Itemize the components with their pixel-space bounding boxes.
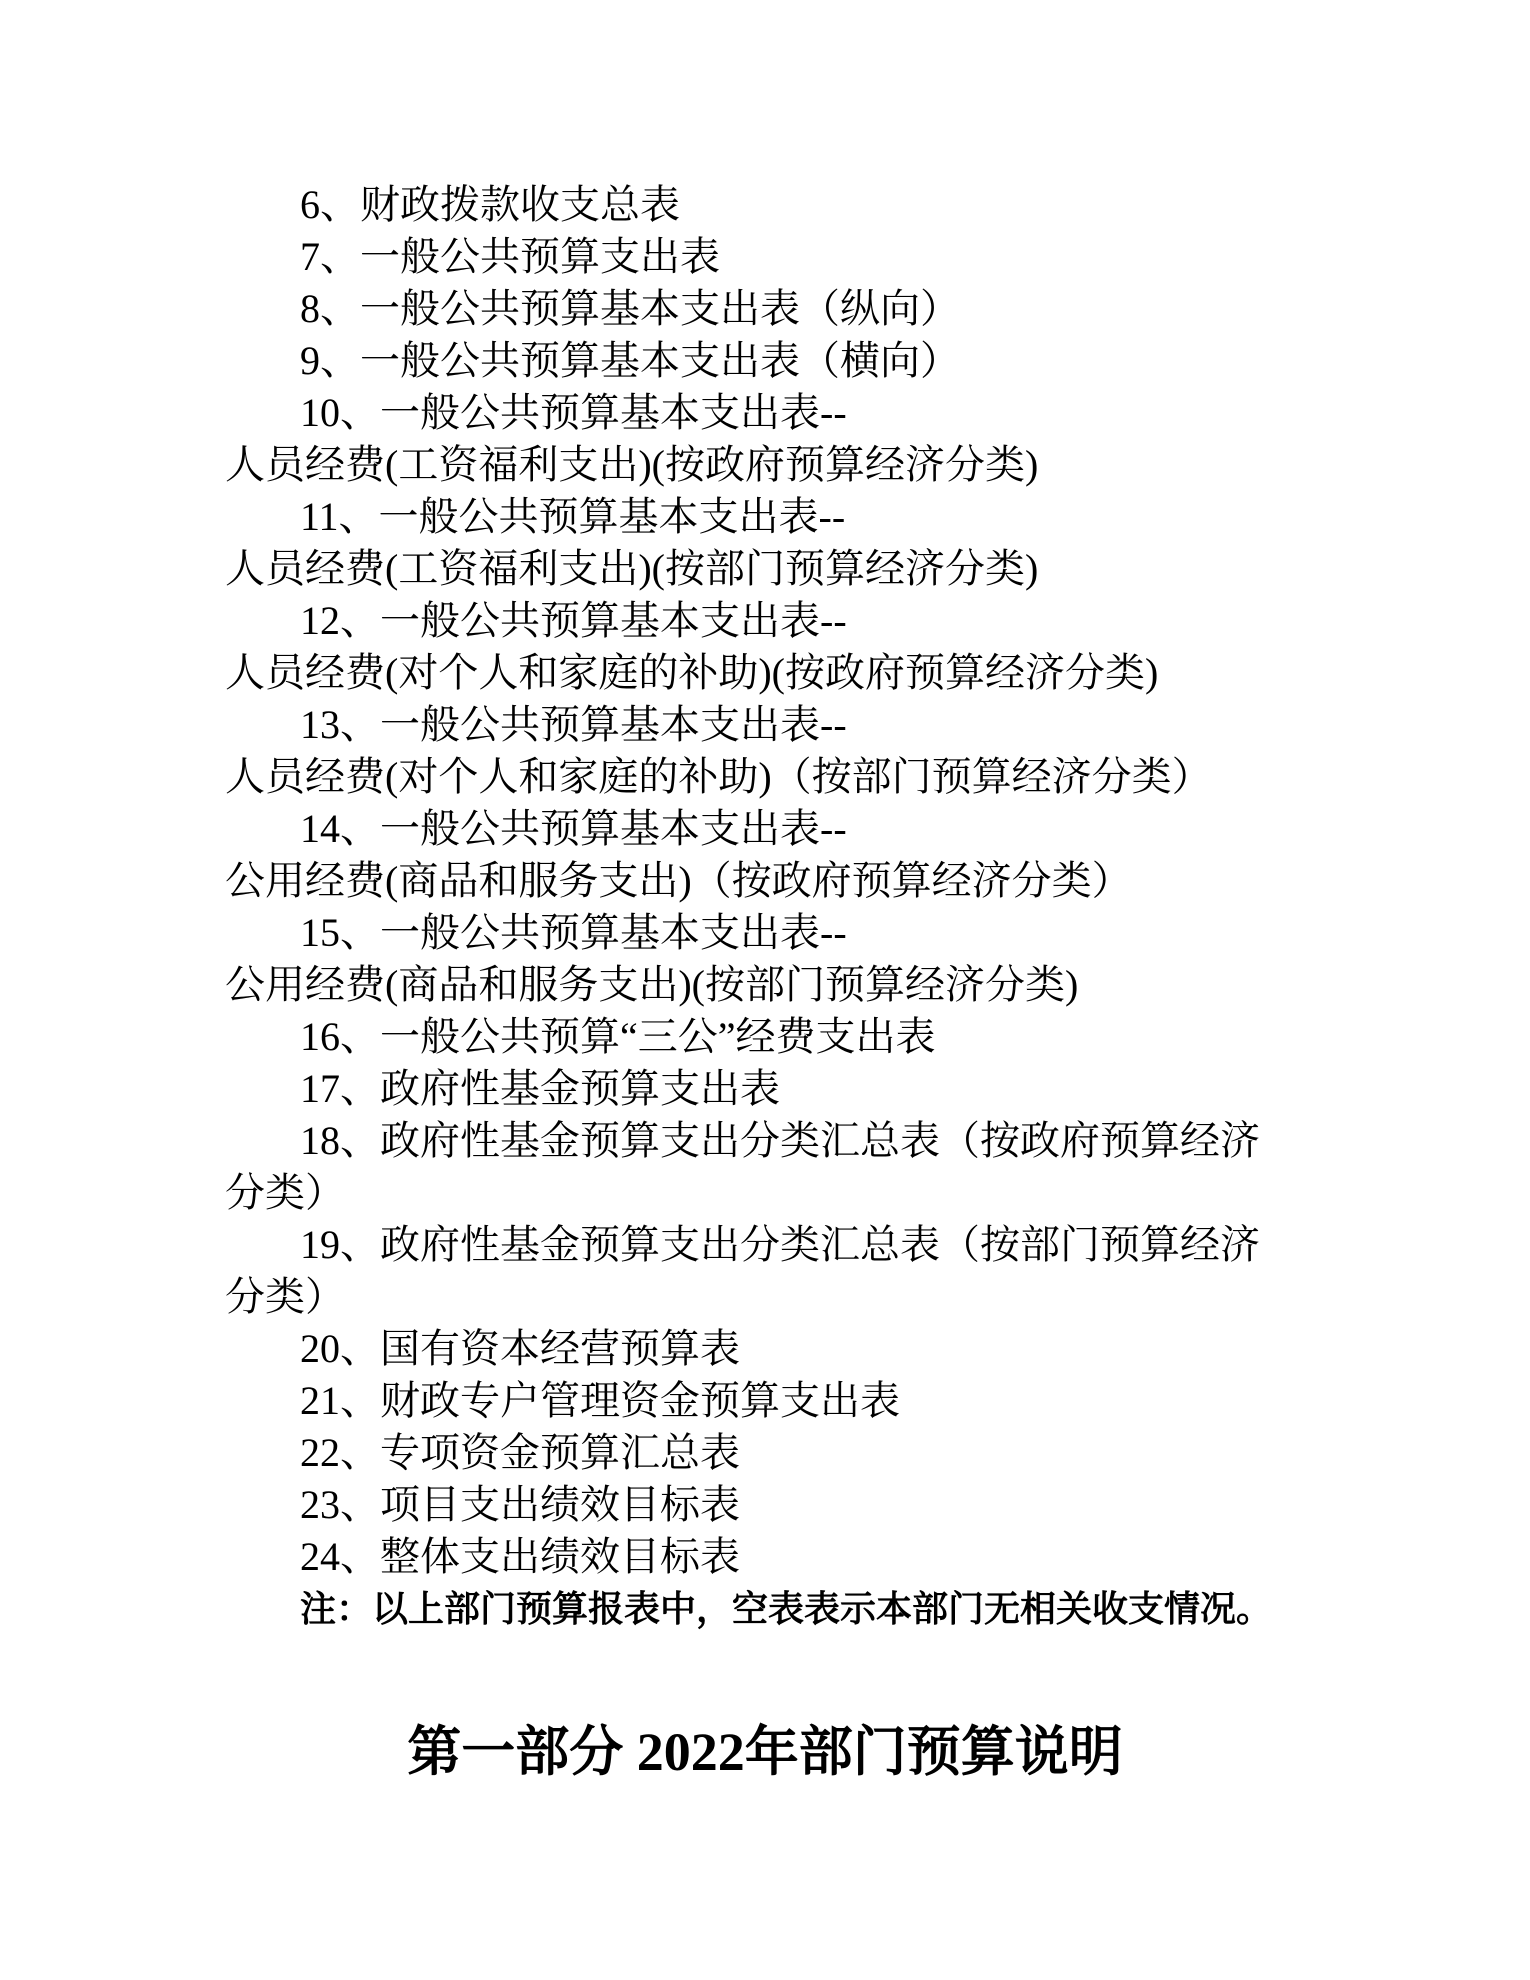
toc-line: 13、一般公共预算基本支出表-- [225,699,1405,751]
toc-line: 23、项目支出绩效目标表 [225,1479,1405,1531]
toc-line: 公用经费(商品和服务支出)（按政府预算经济分类） [225,855,1405,907]
toc-line: 9、一般公共预算基本支出表（横向） [225,335,1405,387]
toc-line: 公用经费(商品和服务支出)(按部门预算经济分类) [225,959,1405,1011]
document-page: 6、财政拨款收支总表7、一般公共预算支出表8、一般公共预算基本支出表（纵向）9、… [0,0,1530,1980]
toc-line: 11、一般公共预算基本支出表-- [225,491,1405,543]
toc-line: 6、财政拨款收支总表 [225,179,1405,231]
toc-line: 18、政府性基金预算支出分类汇总表（按政府预算经济 [225,1115,1405,1167]
toc-line: 分类） [225,1167,1405,1219]
toc-line: 注：以上部门预算报表中，空表表示本部门无相关收支情况。 [225,1583,1405,1635]
toc-list: 6、财政拨款收支总表7、一般公共预算支出表8、一般公共预算基本支出表（纵向）9、… [225,179,1405,1635]
toc-line: 17、政府性基金预算支出表 [225,1063,1405,1115]
toc-line: 7、一般公共预算支出表 [225,231,1405,283]
section-heading: 第一部分 2022年部门预算说明 [0,1720,1530,1784]
toc-line: 24、整体支出绩效目标表 [225,1531,1405,1583]
toc-line: 16、一般公共预算“三公”经费支出表 [225,1011,1405,1063]
toc-line: 12、一般公共预算基本支出表-- [225,595,1405,647]
toc-line: 22、专项资金预算汇总表 [225,1427,1405,1479]
toc-line: 10、一般公共预算基本支出表-- [225,387,1405,439]
toc-line: 人员经费(对个人和家庭的补助)(按政府预算经济分类) [225,647,1405,699]
toc-line: 21、财政专户管理资金预算支出表 [225,1375,1405,1427]
toc-line: 人员经费(工资福利支出)(按部门预算经济分类) [225,543,1405,595]
toc-line: 20、国有资本经营预算表 [225,1323,1405,1375]
toc-line: 人员经费(工资福利支出)(按政府预算经济分类) [225,439,1405,491]
toc-line: 14、一般公共预算基本支出表-- [225,803,1405,855]
toc-line: 19、政府性基金预算支出分类汇总表（按部门预算经济 [225,1219,1405,1271]
toc-line: 15、一般公共预算基本支出表-- [225,907,1405,959]
toc-line: 人员经费(对个人和家庭的补助)（按部门预算经济分类） [225,751,1405,803]
toc-line: 8、一般公共预算基本支出表（纵向） [225,283,1405,335]
toc-line: 分类） [225,1271,1405,1323]
